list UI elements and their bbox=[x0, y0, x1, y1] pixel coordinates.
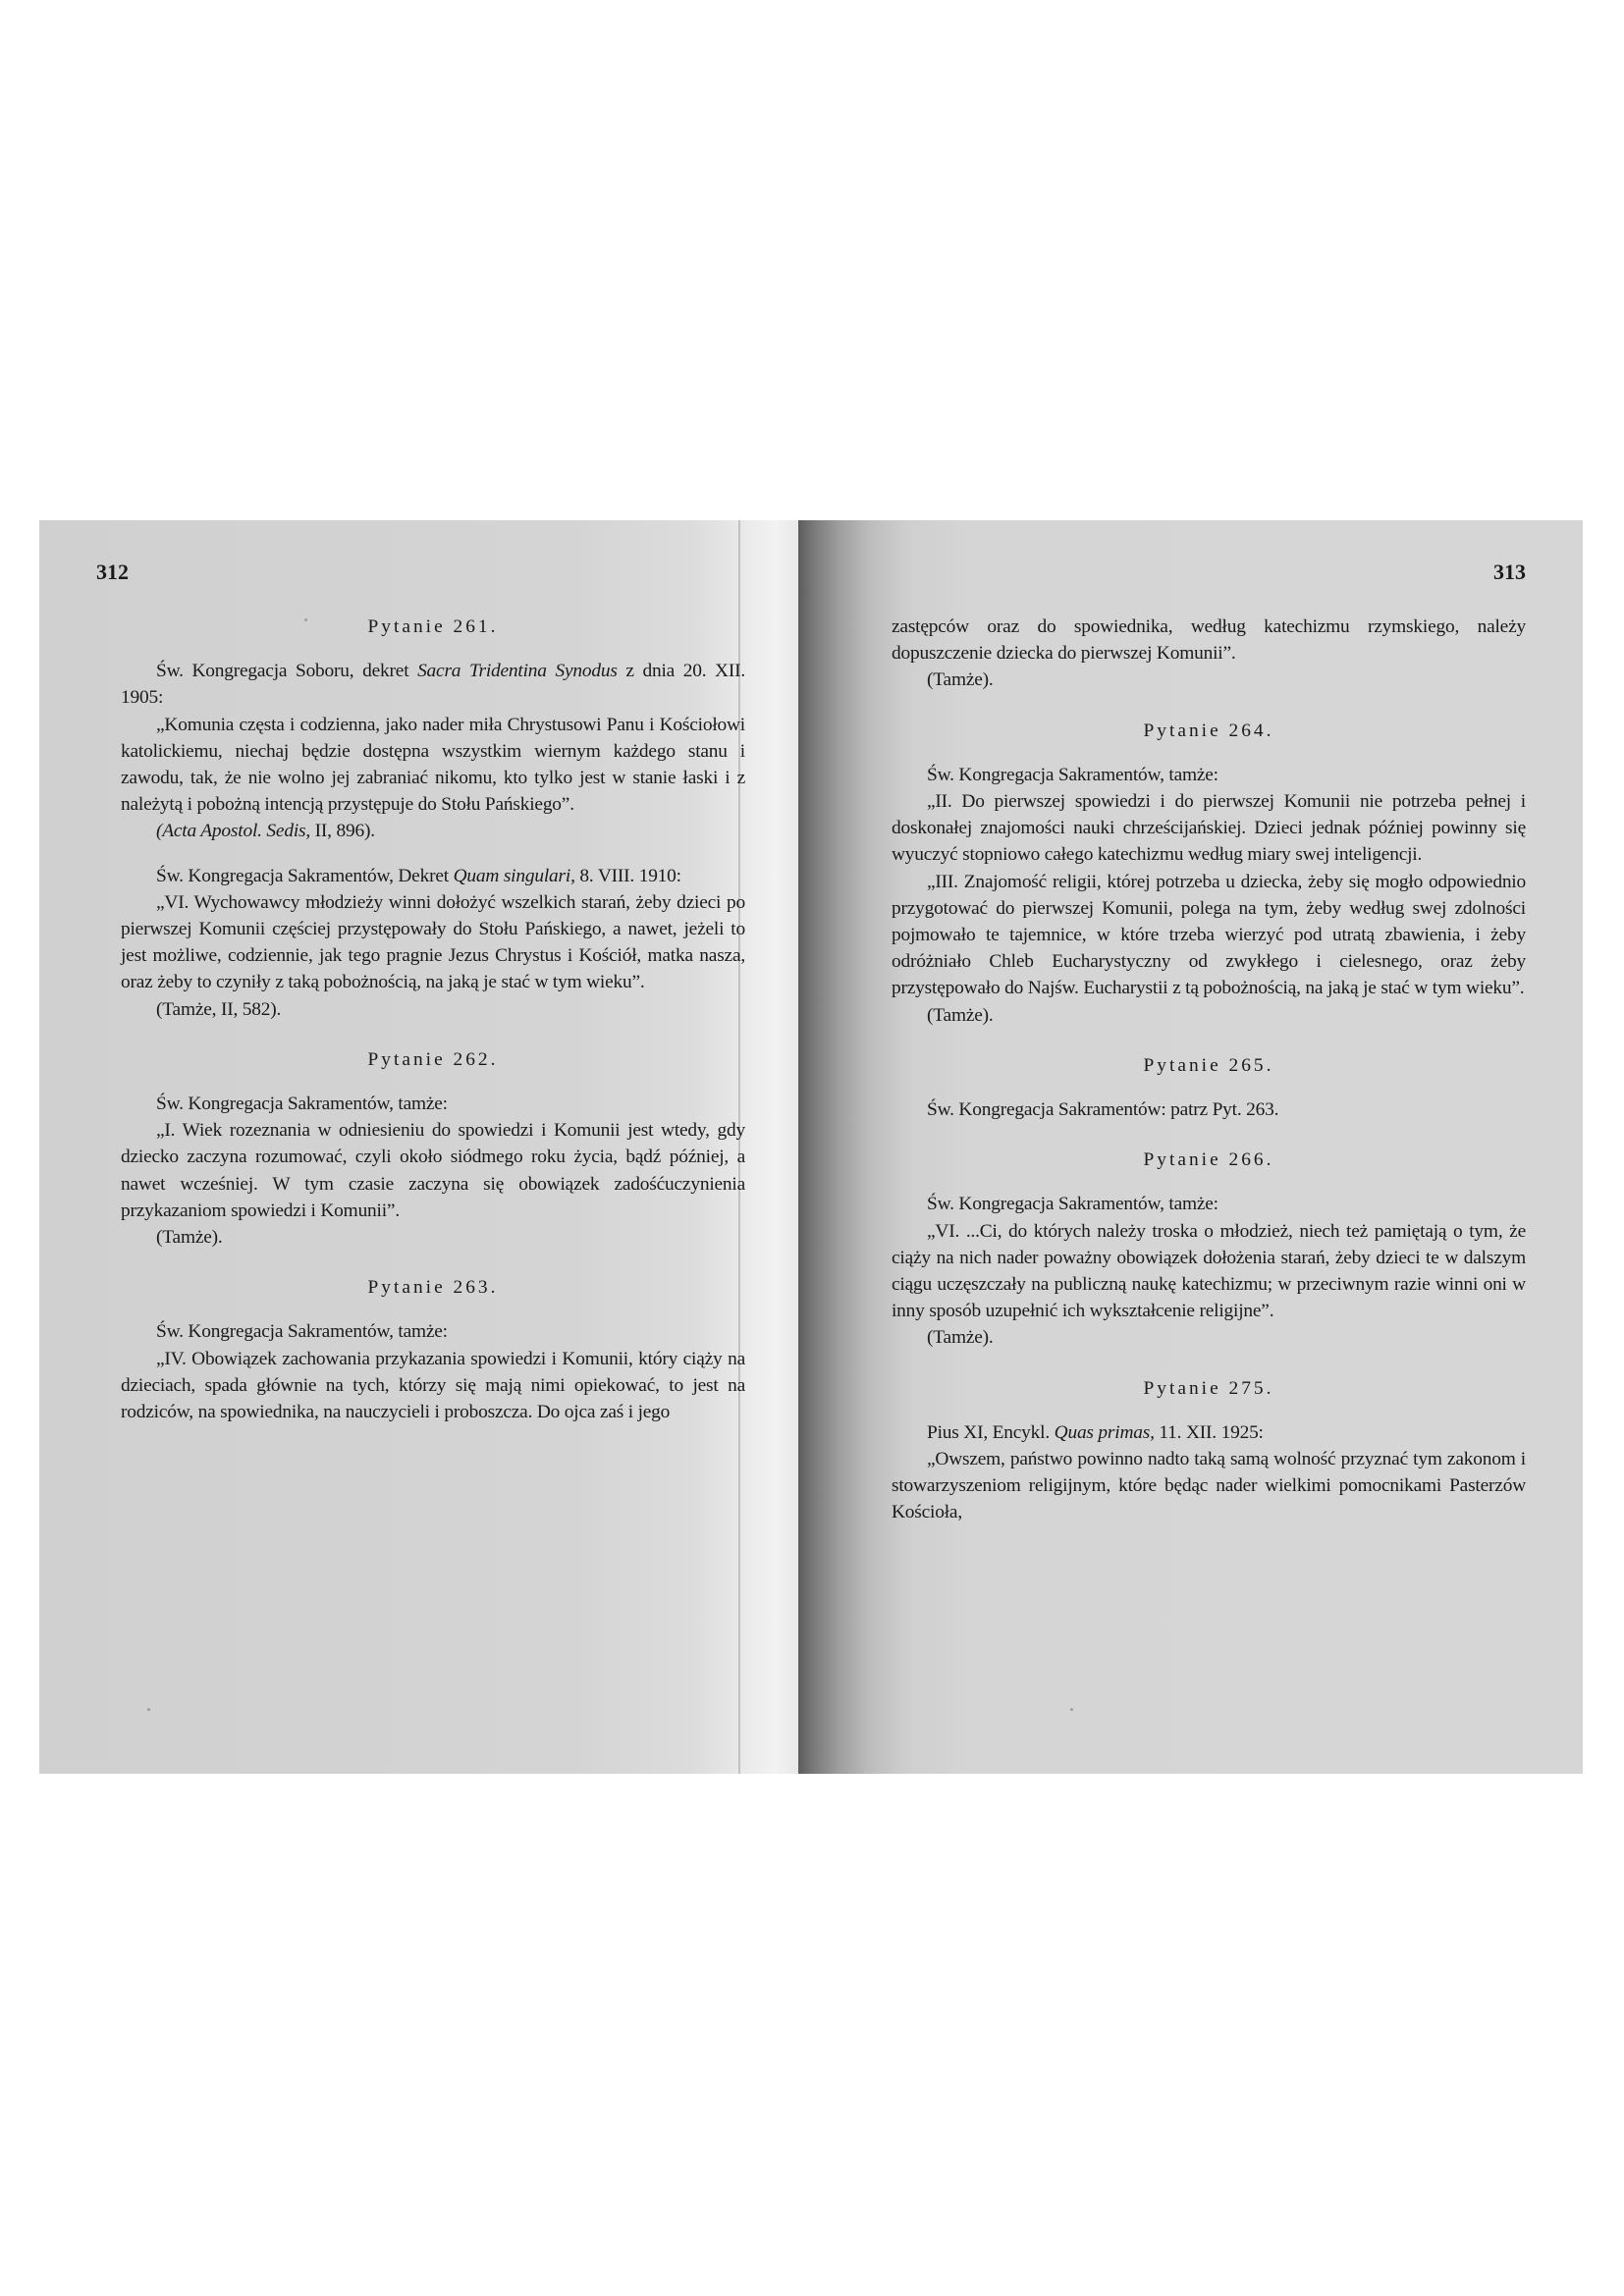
source-line: Św. Kongregacja Sakramentów, tamże: bbox=[121, 1091, 745, 1117]
question-heading: Pytanie 265. bbox=[892, 1052, 1526, 1079]
question-heading: Pytanie 263. bbox=[121, 1274, 745, 1301]
citation: (Tamże). bbox=[892, 1002, 1526, 1029]
source-line: Św. Kongregacja Sakramentów, tamże: bbox=[892, 1191, 1526, 1217]
scan-speck bbox=[304, 618, 307, 621]
book-spread-scan: 312 Pytanie 261. Św. Kongregacja Soboru,… bbox=[39, 520, 1583, 1774]
citation: (Tamże). bbox=[892, 667, 1526, 693]
question-heading: Pytanie 266. bbox=[892, 1147, 1526, 1173]
left-page-text: Pytanie 261. Św. Kongregacja Soboru, dek… bbox=[121, 614, 745, 1425]
left-page: 312 Pytanie 261. Św. Kongregacja Soboru,… bbox=[39, 520, 798, 1774]
scan-speck bbox=[147, 1708, 150, 1711]
question-heading: Pytanie 261. bbox=[121, 614, 745, 640]
quote-paragraph: „III. Znajomość religii, której potrzeba… bbox=[892, 869, 1526, 1002]
citation: (Tamże). bbox=[892, 1324, 1526, 1351]
scan-speck bbox=[805, 589, 808, 592]
question-heading: Pytanie 262. bbox=[121, 1046, 745, 1073]
quote-paragraph: „Owszem, państwo powinno nadto taką samą… bbox=[892, 1446, 1526, 1526]
quote-paragraph: „I. Wiek rozeznania w odniesieniu do spo… bbox=[121, 1117, 745, 1224]
question-heading: Pytanie 275. bbox=[892, 1375, 1526, 1402]
citation: (Acta Apostol. Sedis, II, 896). bbox=[121, 818, 745, 844]
right-page: 313 zastępców oraz do spowiednika, wedłu… bbox=[798, 520, 1583, 1774]
citation: (Tamże, II, 582). bbox=[121, 996, 745, 1023]
question-heading: Pytanie 264. bbox=[892, 718, 1526, 744]
quote-paragraph: „IV. Obowiązek zachowania przykazania sp… bbox=[121, 1346, 745, 1426]
right-page-text: zastępców oraz do spowiednika, według ka… bbox=[892, 614, 1526, 1526]
continued-paragraph: zastępców oraz do spowiednika, według ka… bbox=[892, 614, 1526, 667]
quote-paragraph: „Komunia częsta i codzienna, jako nader … bbox=[121, 712, 745, 819]
quote-paragraph: „VI. ...Ci, do których należy troska o m… bbox=[892, 1218, 1526, 1325]
source-line: Św. Kongregacja Sakramentów, tamże: bbox=[121, 1318, 745, 1345]
source-line: Św. Kongregacja Soboru, dekret Sacra Tri… bbox=[121, 658, 745, 711]
page-number: 313 bbox=[1493, 560, 1526, 585]
scan-speck bbox=[1070, 1708, 1073, 1711]
source-line: Św. Kongregacja Sakramentów, tamże: bbox=[892, 762, 1526, 788]
quote-paragraph: „VI. Wychowawcy młodzieży winni dołożyć … bbox=[121, 889, 745, 996]
source-line: Św. Kongregacja Sakramentów, Dekret Quam… bbox=[121, 863, 745, 889]
citation: (Tamże). bbox=[121, 1224, 745, 1251]
page-number: 312 bbox=[96, 560, 129, 585]
source-line: Pius XI, Encykl. Quas primas, 11. XII. 1… bbox=[892, 1419, 1526, 1446]
source-line: Św. Kongregacja Sakramentów: patrz Pyt. … bbox=[892, 1096, 1526, 1123]
quote-paragraph: „II. Do pierwszej spowiedzi i do pierwsz… bbox=[892, 788, 1526, 869]
